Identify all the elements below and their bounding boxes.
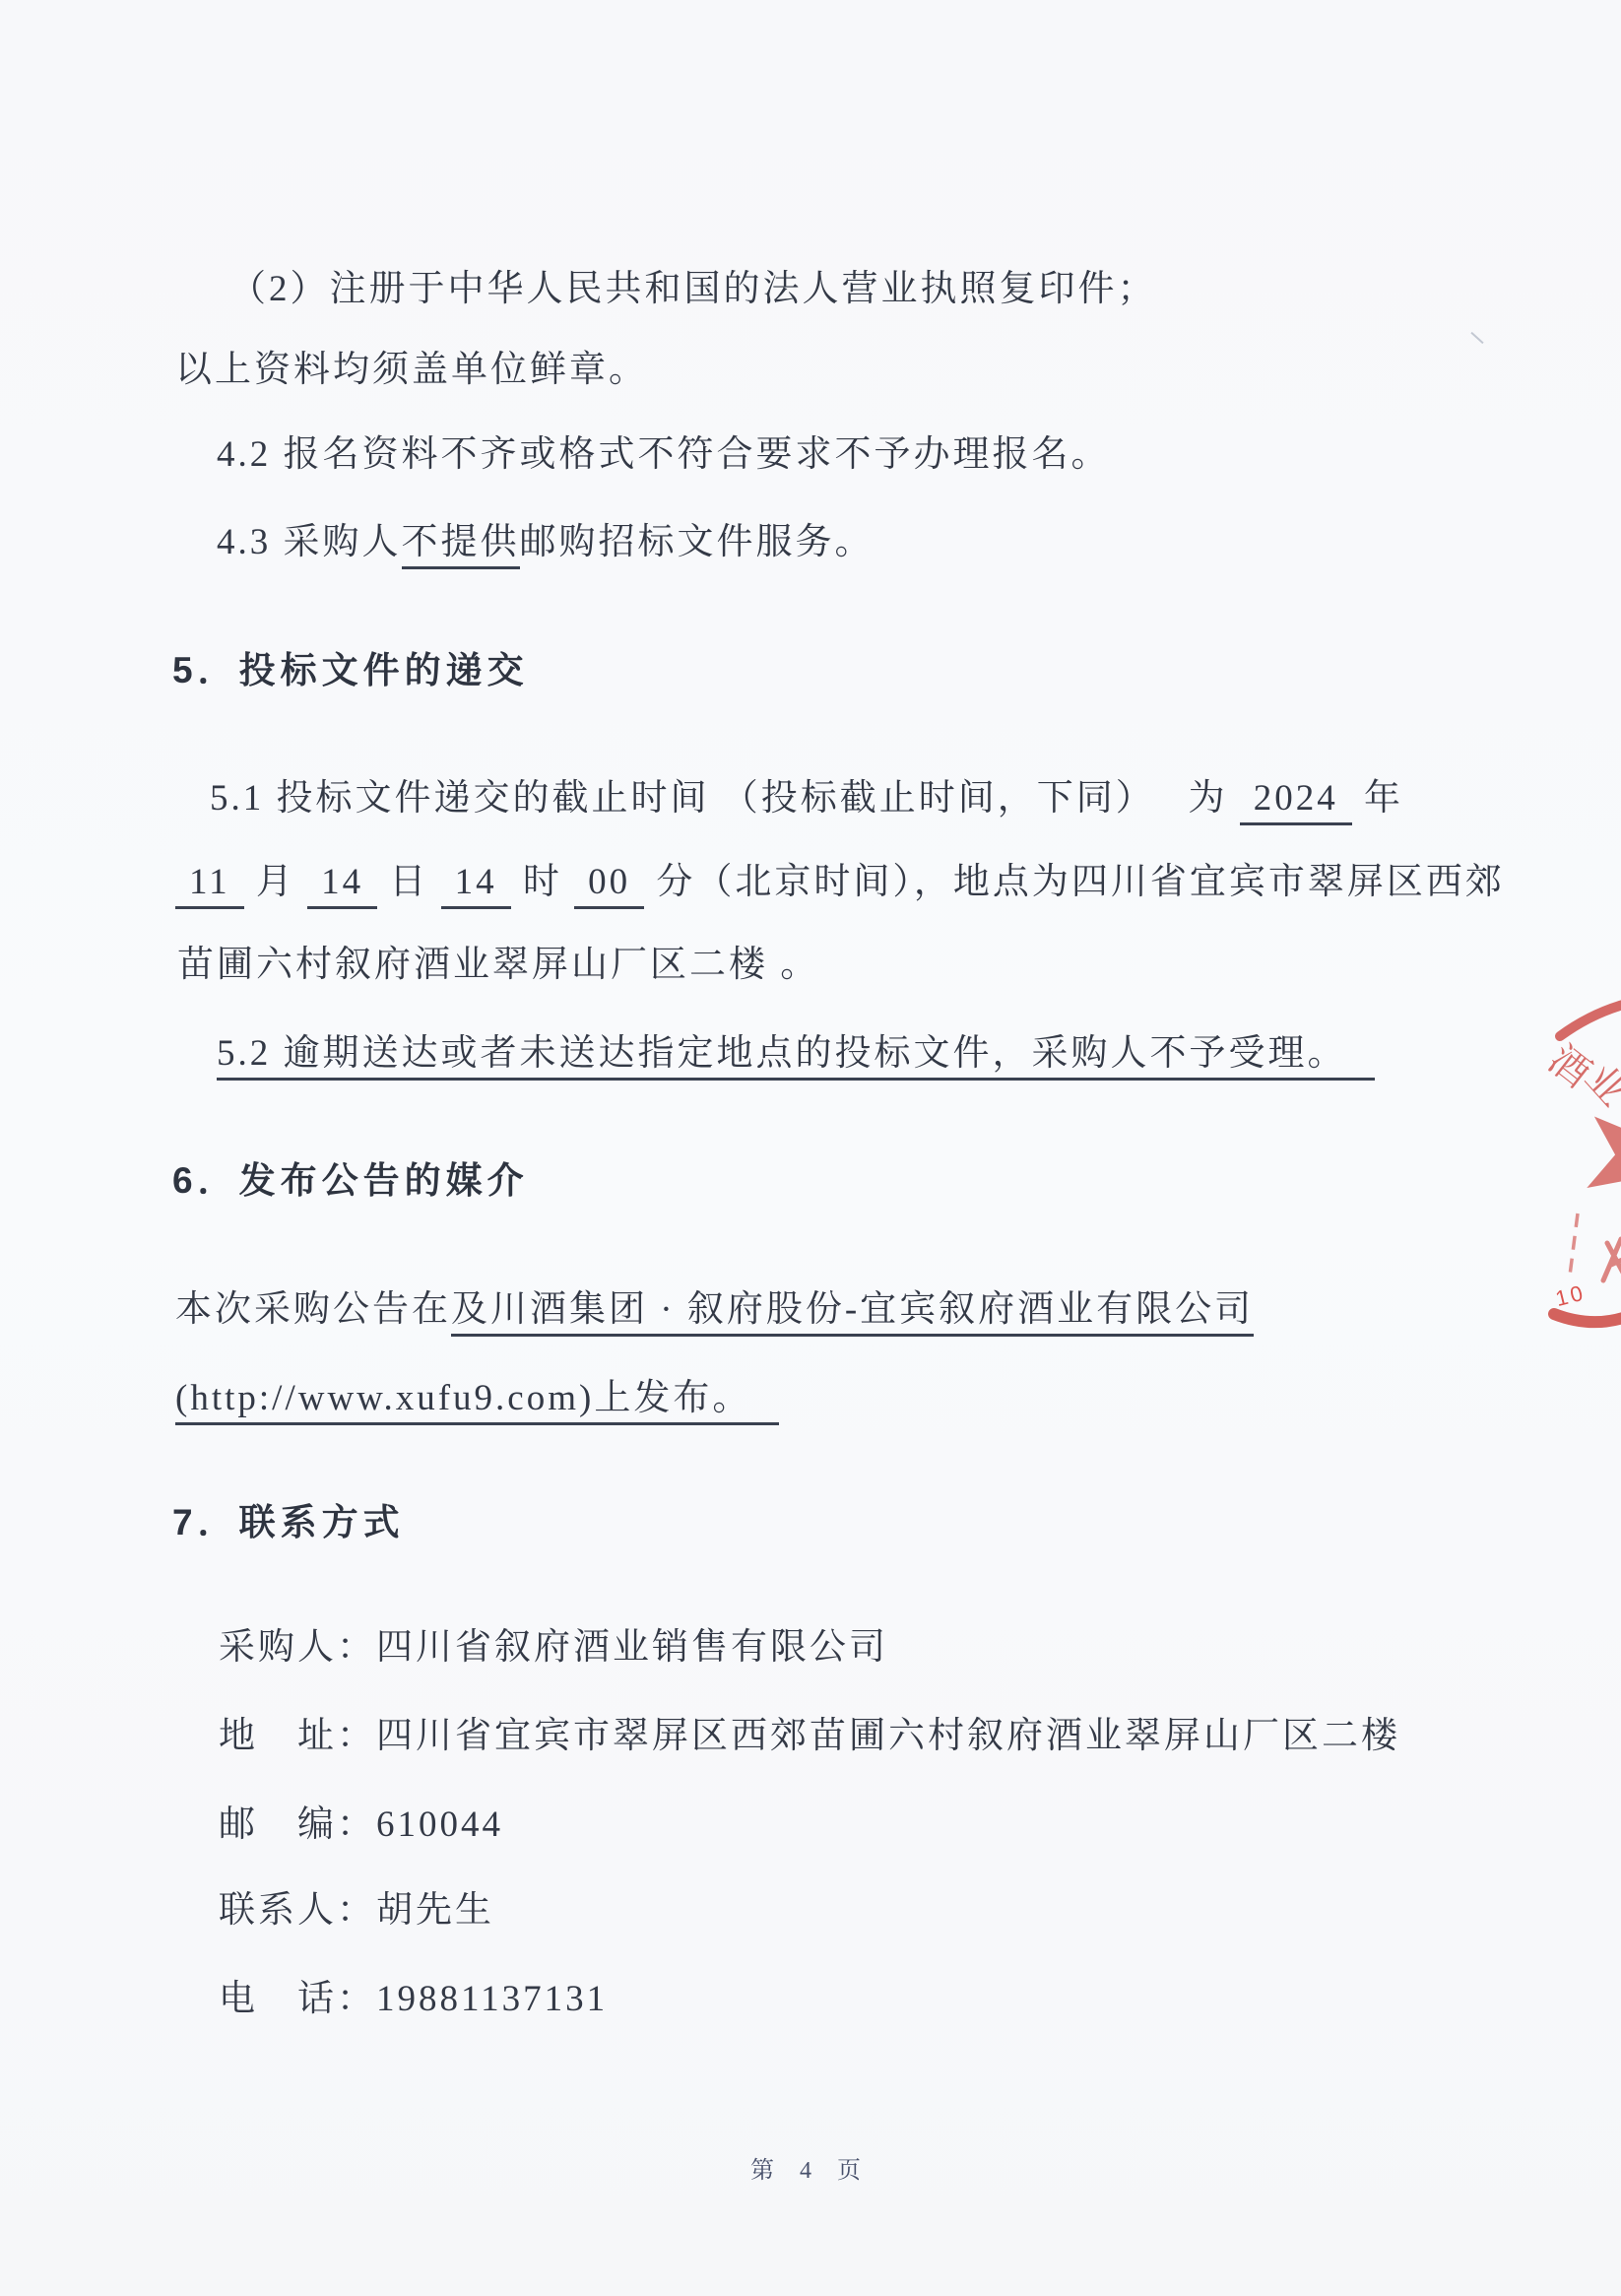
contact-address: 地 址：四川省宜宾市翠屏区西郊苗圃六村叙府酒业翠屏山厂区二楼: [219, 1705, 1400, 1758]
seal-stroke-fragment: [1570, 1214, 1578, 1276]
section-5-heading: 5．投标文件的递交: [172, 640, 529, 693]
media-company-name: 及川酒集团 · 叙府股份-宜宾叙府酒业有限公司: [451, 1289, 1254, 1337]
deadline-month-unit: 月: [244, 862, 308, 902]
clause-5-2: 5.2 逾期送达或者未送达指定地点的投标文件，采购人不予受理。: [217, 1022, 1375, 1076]
media-line2: (http://www.xufu9.com)上发布。: [175, 1367, 779, 1420]
clause-4-3-prefix: 4.3 采购人: [217, 522, 402, 562]
deadline-year-unit: 年: [1352, 778, 1403, 819]
media-line1: 本次采购公告在及川酒集团 · 叙府股份-宜宾叙府酒业有限公司: [175, 1279, 1254, 1332]
seal-glyph-fragment: [1603, 1239, 1621, 1280]
contact-zip-code: 邮 编：610044: [219, 1794, 503, 1847]
contact-buyer: 采购人：四川省叙府酒业销售有限公司: [219, 1616, 888, 1670]
paragraph-seal-note: 以上资料均须盖单位鲜章。: [175, 339, 648, 392]
clause-5-1-line2: 11 月 14 日 14 时 00 分（北京时间），地点为四川省宜宾市翠屏区西郊: [175, 851, 1505, 904]
deadline-minute-value: 00: [574, 862, 644, 909]
document-page: （2）注册于中华人民共和国的法人营业执照复印件； 以上资料均须盖单位鲜章。 4.…: [0, 0, 1621, 2296]
section-6-heading: 6．发布公告的媒介: [172, 1150, 529, 1204]
deadline-location-text: 分（北京时间），地点为四川省宜宾市翠屏区西郊: [644, 862, 1505, 902]
deadline-hour-unit: 时: [511, 862, 575, 902]
media-website-url: (http://www.xufu9.com)上发布。: [175, 1378, 779, 1425]
clause-4-3-suffix: 邮购招标文件服务。: [520, 522, 875, 562]
clause-5-1-line3: 苗圃六村叙府酒业翠屏山厂区二楼 。: [177, 934, 819, 987]
clause-5-2-underlined-text: 5.2 逾期送达或者未送达指定地点的投标文件，采购人不予受理。: [217, 1033, 1375, 1081]
contact-phone: 电 话：19881137131: [219, 1968, 608, 2021]
clause-4-3: 4.3 采购人不提供邮购招标文件服务。: [217, 511, 875, 564]
seal-ring-top-arc: [1560, 1005, 1621, 1036]
page-number: 第 4 页: [0, 2150, 1621, 2185]
contact-person: 联系人：胡先生: [219, 1879, 494, 1933]
seal-star: [1587, 1101, 1621, 1216]
paragraph-item-2: （2）注册于中华人民共和国的法人营业执照复印件；: [229, 258, 1157, 311]
seal-number: 10: [1553, 1279, 1589, 1311]
deadline-day-value: 14: [307, 862, 377, 909]
clause-5-1-line1: 5.1 投标文件递交的截止时间 （投标截止时间，下同） 为 2024 年: [210, 767, 1403, 820]
deadline-hour-value: 14: [441, 862, 511, 909]
deadline-month-value: 11: [175, 862, 244, 909]
section-7-heading: 7．联系方式: [172, 1492, 405, 1545]
clause-5-1-text: 5.1 投标文件递交的截止时间 （投标截止时间，下同） 为: [210, 778, 1240, 819]
deadline-year-value: 2024: [1240, 778, 1352, 825]
media-prefix: 本次采购公告在: [175, 1289, 451, 1330]
company-seal-stamp: 酒 业 10: [1513, 985, 1621, 1330]
clause-4-3-underlined-text: 不提供: [402, 522, 520, 569]
seal-ring-bottom-arc: [1554, 1314, 1621, 1322]
clause-4-2: 4.2 报名资料不齐或格式不符合要求不予办理报名。: [217, 424, 1111, 477]
deadline-day-unit: 日: [377, 862, 441, 902]
scan-artifact-mark: [1470, 332, 1483, 344]
